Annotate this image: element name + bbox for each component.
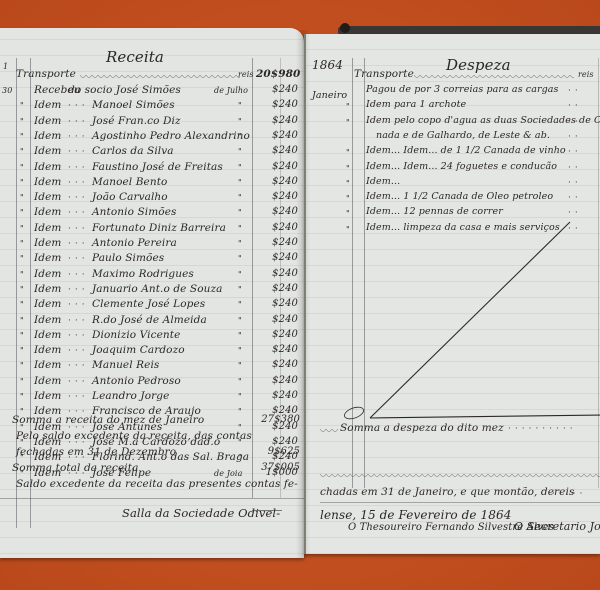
summary-label: Somma a receita do mez de Janeiro bbox=[12, 414, 204, 426]
row-day: " bbox=[20, 361, 24, 370]
wavy-filler bbox=[80, 75, 240, 79]
row-type: Idem bbox=[34, 283, 61, 295]
transport-amount: 20$980 bbox=[256, 68, 300, 80]
row-name: do socio José Simões bbox=[68, 84, 181, 96]
row-type: Idem bbox=[34, 375, 61, 387]
row-type: Idem bbox=[34, 130, 61, 142]
row-day: " bbox=[20, 193, 24, 202]
summary-amount: 27$380 bbox=[250, 414, 300, 425]
row-note: " bbox=[238, 392, 242, 401]
row-amount: $240 bbox=[262, 359, 298, 370]
row-name: Fortunato Diniz Barreira bbox=[92, 222, 226, 234]
row-type: Idem bbox=[34, 191, 61, 203]
row-type: Idem bbox=[34, 268, 61, 280]
row-day: " bbox=[20, 285, 24, 294]
receita-row: "Idem···R.do José de Almeida"$240 bbox=[0, 314, 300, 330]
row-type: Idem bbox=[34, 252, 61, 264]
receita-row: "Idem···Fortunato Diniz Barreira"$240 bbox=[0, 222, 300, 238]
row-type: Idem bbox=[34, 176, 61, 188]
row-amount: $240 bbox=[262, 206, 298, 217]
row-day: " bbox=[20, 239, 24, 248]
row-amount: $240 bbox=[262, 222, 298, 233]
row-note: " bbox=[238, 377, 242, 386]
dot-leader: ··· bbox=[68, 163, 89, 173]
row-amount: $240 bbox=[262, 375, 298, 386]
dot-leader: ··· bbox=[68, 285, 89, 295]
receita-row: "Idem···Antonio Simões"$240 bbox=[0, 206, 300, 222]
receita-row: "Idem···Leandro Jorge"$240 bbox=[0, 390, 300, 406]
row-type: Idem bbox=[34, 222, 61, 234]
receita-row: "Idem···Maximo Rodrigues"$240 bbox=[0, 268, 300, 284]
row-day: " bbox=[20, 163, 24, 172]
dot-leader: ··· bbox=[68, 178, 89, 188]
ledger-book: 1 Receita Transporte reis 20$980 30Receb… bbox=[0, 0, 600, 590]
signature-secretary: O Secretario José de bbox=[514, 520, 600, 533]
dot-leader: ··· bbox=[68, 117, 89, 127]
row-note: " bbox=[238, 239, 242, 248]
row-note: " bbox=[238, 316, 242, 325]
row-amount: $240 bbox=[262, 191, 298, 202]
row-note: " bbox=[238, 331, 242, 340]
row-day: " bbox=[20, 300, 24, 309]
row-note: " bbox=[238, 254, 242, 263]
row-note: " bbox=[238, 285, 242, 294]
row-name: Paulo Simões bbox=[92, 252, 164, 264]
row-day: " bbox=[20, 117, 24, 126]
dot-leader: ··· bbox=[68, 147, 89, 157]
dot-leader: ··· bbox=[68, 346, 89, 356]
row-note: " bbox=[238, 361, 242, 370]
row-day: " bbox=[20, 208, 24, 217]
row-day: " bbox=[20, 178, 24, 187]
receita-row: "Idem···Manuel Reis"$240 bbox=[0, 359, 300, 375]
row-amount: $240 bbox=[262, 268, 298, 279]
dot-leader: ··· bbox=[68, 132, 89, 142]
row-type: Idem bbox=[34, 161, 61, 173]
row-amount: $240 bbox=[262, 161, 298, 172]
closing-line: chadas em 31 de Janeiro, e que montão, d… bbox=[320, 486, 574, 498]
receita-row: "Idem···José Fran.co Diz"$240 bbox=[0, 115, 300, 131]
despeza-summary-row: Somma a despeza do dito mez ·········· bbox=[320, 422, 600, 438]
transport-label: Transporte bbox=[16, 68, 76, 80]
date-line: lense, 15 de Fevereiro de 1864 bbox=[320, 508, 511, 522]
dot-leader: ··· bbox=[68, 224, 89, 234]
row-amount: $240 bbox=[262, 237, 298, 248]
row-amount: $240 bbox=[262, 130, 298, 141]
row-note: " bbox=[238, 300, 242, 309]
dot-leader: ··· bbox=[68, 316, 89, 326]
row-amount: $240 bbox=[262, 298, 298, 309]
dot-leader: ··· bbox=[68, 254, 89, 264]
left-page-receita: 1 Receita Transporte reis 20$980 30Receb… bbox=[0, 28, 304, 558]
row-name: Dionizio Vicente bbox=[92, 329, 180, 341]
footer-place: Salla da Sociedade Odivel- bbox=[122, 506, 280, 520]
summary-row: Pelo saldo excedente da receita, das con… bbox=[0, 430, 300, 446]
right-page-despeza: 1864 Despeza Transporte reis Janeiro Pag… bbox=[304, 34, 600, 554]
row-name: Clemente José Lopes bbox=[92, 298, 205, 310]
row-amount: $240 bbox=[262, 329, 298, 340]
row-day: " bbox=[20, 316, 24, 325]
row-day: " bbox=[20, 132, 24, 141]
dot-leader: ····· bbox=[552, 489, 586, 499]
dot-leader: ··· bbox=[68, 361, 89, 371]
row-day: " bbox=[20, 346, 24, 355]
row-type: Idem bbox=[34, 298, 61, 310]
row-note: " bbox=[238, 163, 242, 172]
summary-row: Somma a receita do mez de Janeiro27$380 bbox=[0, 414, 300, 430]
row-amount: $240 bbox=[262, 283, 298, 294]
summary-amount: 9$625 bbox=[250, 446, 300, 457]
page-title: Receita bbox=[106, 48, 164, 66]
row-name: João Carvalho bbox=[92, 191, 168, 203]
receita-row: "Idem···Paulo Simões"$240 bbox=[0, 252, 300, 268]
row-note: " bbox=[238, 147, 242, 156]
row-name: Faustino José de Freitas bbox=[92, 161, 223, 173]
row-day: " bbox=[20, 254, 24, 263]
receita-row: "Idem···Joaquim Cardozo"$240 bbox=[0, 344, 300, 360]
row-note: " bbox=[238, 117, 242, 126]
summary-label: Saldo excedente da receita das presentes… bbox=[16, 478, 298, 490]
currency-label: reis bbox=[238, 70, 254, 79]
row-note: de Julho bbox=[214, 86, 248, 95]
summary-label: fechadas em 31 de Dezembro bbox=[16, 446, 176, 458]
dot-leader: ··· bbox=[68, 101, 89, 111]
row-day: " bbox=[20, 224, 24, 233]
row-name: Carlos da Silva bbox=[92, 145, 174, 157]
row-day: " bbox=[20, 101, 24, 110]
clasp-knob bbox=[340, 23, 350, 33]
dot-leader: ··· bbox=[68, 392, 89, 402]
row-type: Idem bbox=[34, 237, 61, 249]
receita-row: "Idem···Antonio Pereira"$240 bbox=[0, 237, 300, 253]
summary-row: Somma total da receita37$005 bbox=[0, 462, 300, 478]
row-amount: $240 bbox=[262, 344, 298, 355]
receita-row: 30Recebeudo socio José Simõesde Julho$24… bbox=[0, 84, 300, 100]
row-note: " bbox=[238, 101, 242, 110]
dot-leader: ··· bbox=[68, 208, 89, 218]
summary-row: Saldo excedente da receita das presentes… bbox=[0, 478, 300, 494]
row-amount: $240 bbox=[262, 314, 298, 325]
row-amount: $240 bbox=[262, 99, 298, 110]
row-note: " bbox=[238, 178, 242, 187]
row-day: 30 bbox=[2, 86, 12, 95]
row-name: Leandro Jorge bbox=[92, 390, 169, 402]
summary-label: Pelo saldo excedente da receita, das con… bbox=[16, 430, 252, 442]
row-name: José Fran.co Diz bbox=[92, 115, 181, 127]
receita-row: "Idem···Januario Ant.o de Souza"$240 bbox=[0, 283, 300, 299]
summary-row: fechadas em 31 de Dezembro9$625 bbox=[0, 446, 300, 462]
row-note: " bbox=[238, 208, 242, 217]
row-day: " bbox=[20, 377, 24, 386]
row-day: " bbox=[20, 147, 24, 156]
row-type: Idem bbox=[34, 344, 61, 356]
row-amount: $240 bbox=[262, 84, 298, 95]
row-name: Maximo Rodrigues bbox=[92, 268, 194, 280]
row-type: Idem bbox=[34, 145, 61, 157]
row-name: Manoel Bento bbox=[92, 176, 167, 188]
row-type: Idem bbox=[34, 206, 61, 218]
dot-leader: ··· bbox=[68, 193, 89, 203]
wavy-separator bbox=[320, 474, 600, 478]
page-footer-rule bbox=[0, 498, 304, 499]
receita-row: "Idem···Manoel Bento"$240 bbox=[0, 176, 300, 192]
receita-row: "Idem···João Carvalho"$240 bbox=[0, 191, 300, 207]
row-type: Idem bbox=[34, 314, 61, 326]
summary-label: Somma total da receita bbox=[12, 462, 138, 474]
row-type: Idem bbox=[34, 359, 61, 371]
row-type: Idem bbox=[34, 99, 61, 111]
row-note: " bbox=[238, 346, 242, 355]
row-name: Antonio Pedroso bbox=[92, 375, 181, 387]
dot-leader: ··· bbox=[68, 270, 89, 280]
row-name: Januario Ant.o de Souza bbox=[92, 283, 223, 295]
row-type: Idem bbox=[34, 115, 61, 127]
receita-row: "Idem···Agostinho Pedro Alexandrino"$240 bbox=[0, 130, 300, 146]
row-amount: $240 bbox=[262, 176, 298, 187]
transport-row: Transporte reis 20$980 bbox=[10, 68, 300, 84]
wavy-filler bbox=[320, 429, 338, 433]
row-type: Idem bbox=[34, 390, 61, 402]
row-name: Antonio Simões bbox=[92, 206, 177, 218]
row-day: " bbox=[20, 270, 24, 279]
row-note: " bbox=[238, 224, 242, 233]
row-name: Manoel Simões bbox=[92, 99, 175, 111]
row-type: Idem bbox=[34, 329, 61, 341]
dot-leader: ··· bbox=[68, 239, 89, 249]
row-day: " bbox=[20, 392, 24, 401]
row-amount: $240 bbox=[262, 115, 298, 126]
dot-leader: ·········· bbox=[508, 424, 577, 434]
receita-row: "Idem···Antonio Pedroso"$240 bbox=[0, 375, 300, 391]
row-note: " bbox=[238, 132, 242, 141]
row-name: Joaquim Cardozo bbox=[92, 344, 185, 356]
receita-row: "Idem···Manoel Simões"$240 bbox=[0, 99, 300, 115]
page-footer-rule bbox=[320, 502, 600, 503]
dot-leader: ··· bbox=[68, 377, 89, 387]
row-day: " bbox=[20, 331, 24, 340]
row-amount: $240 bbox=[262, 252, 298, 263]
despeza-summary: Somma a despeza do dito mez bbox=[340, 422, 504, 434]
dot-leader: ··· bbox=[68, 331, 89, 341]
row-amount: $240 bbox=[262, 390, 298, 401]
row-name: R.do José de Almeida bbox=[92, 314, 207, 326]
row-name: Agostinho Pedro Alexandrino bbox=[92, 130, 250, 142]
receita-row: "Idem···Carlos da Silva"$240 bbox=[0, 145, 300, 161]
row-note: " bbox=[238, 270, 242, 279]
receita-row: "Idem···Faustino José de Freitas"$240 bbox=[0, 161, 300, 177]
summary-amount: 37$005 bbox=[250, 462, 300, 473]
row-amount: $240 bbox=[262, 145, 298, 156]
receita-row: "Idem···Dionizio Vicente"$240 bbox=[0, 329, 300, 345]
row-note: " bbox=[238, 193, 242, 202]
date-col-header: 1 bbox=[3, 62, 8, 71]
row-name: Manuel Reis bbox=[92, 359, 159, 371]
row-name: Antonio Pereira bbox=[92, 237, 177, 249]
dot-leader: ··· bbox=[68, 300, 89, 310]
receita-row: "Idem···Clemente José Lopes"$240 bbox=[0, 298, 300, 314]
